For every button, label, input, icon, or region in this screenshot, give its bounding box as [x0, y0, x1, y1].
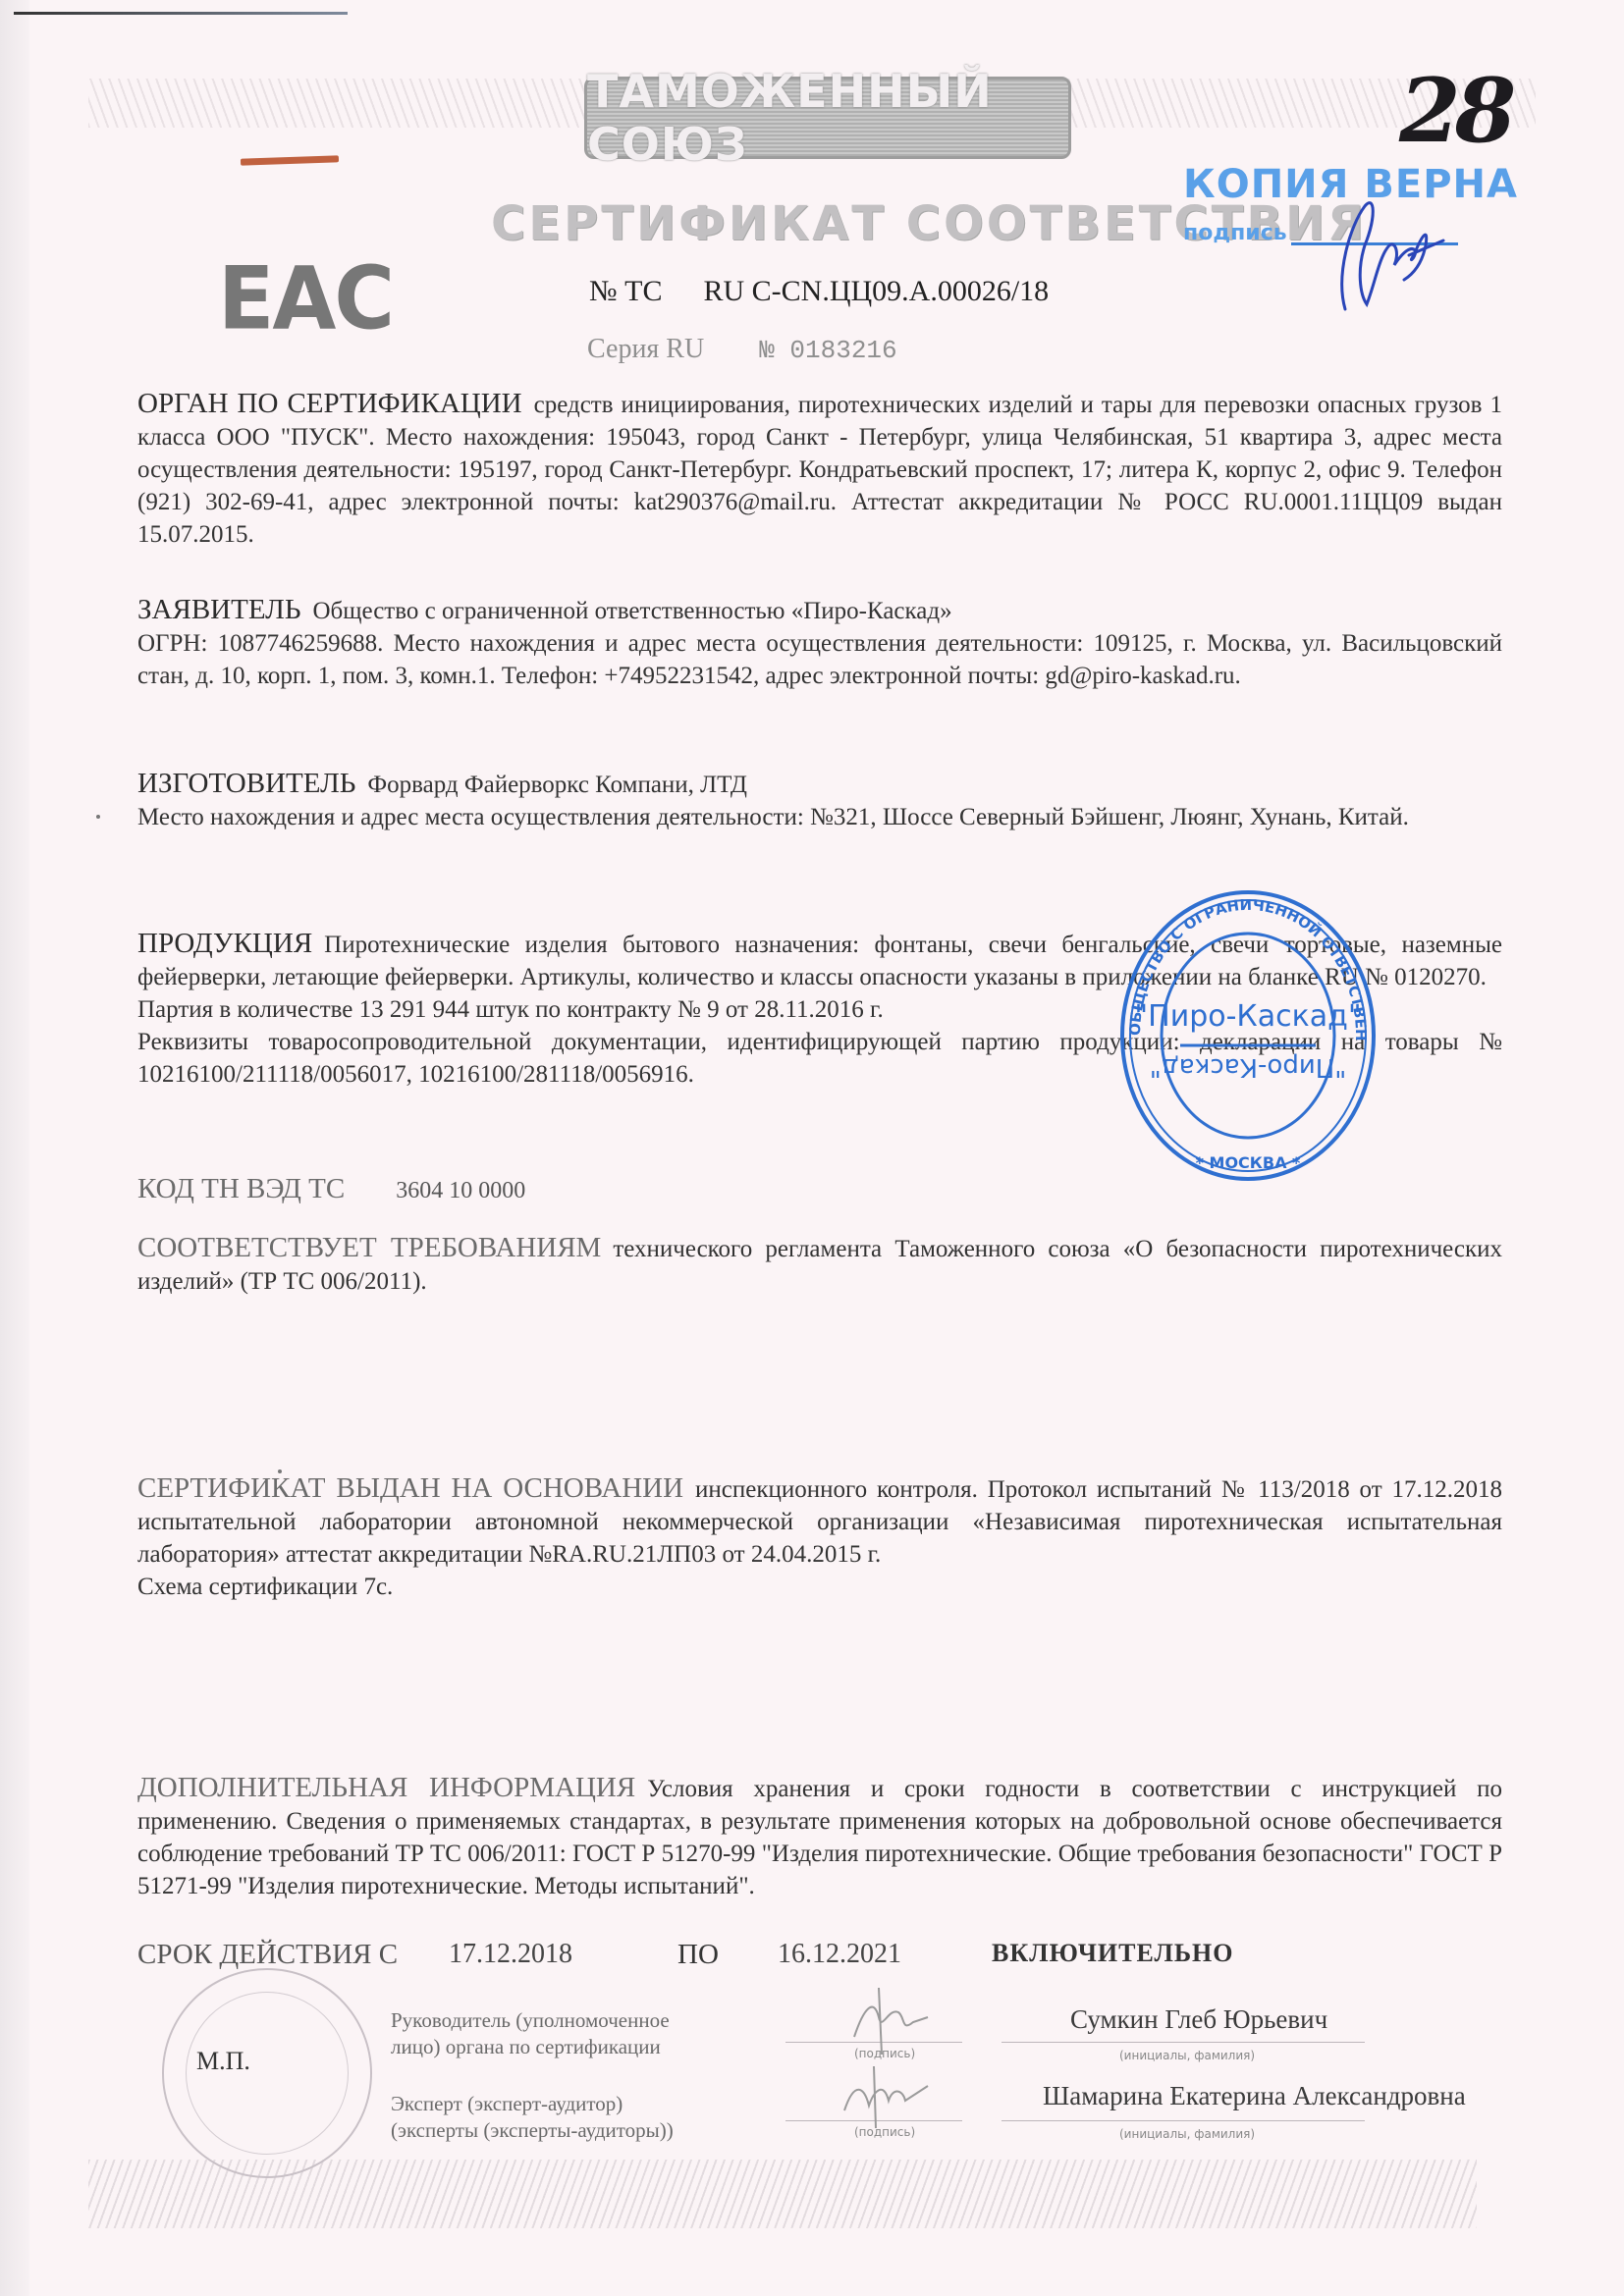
section-heading: ПРОДУКЦИЯ — [137, 928, 312, 959]
section-heading: ИЗГОТОВИТЕЛЬ — [137, 768, 355, 799]
page-edge — [0, 0, 29, 2296]
svg-text:* МОСКВА *: * МОСКВА * — [1196, 1153, 1301, 1172]
validity-from-date: 17.12.2018 — [449, 1939, 572, 1970]
head-name-line — [1001, 2042, 1365, 2043]
copy-signature-icon — [1306, 187, 1453, 314]
certificate-number-value: RU C-CN.ЦЦ09.А.00026/18 — [703, 275, 1049, 307]
series-label: Серия RU — [587, 334, 704, 364]
validity-inclusive: ВКЛЮЧИТЕЛЬНО — [992, 1939, 1234, 1968]
expert-role: Эксперт (эксперт-аудитор) (эксперты (экс… — [391, 2091, 674, 2144]
section-text: Место нахождения и адрес места осуществл… — [137, 801, 1502, 833]
blank-number: № 0183216 — [759, 336, 896, 365]
section-additional-info: ДОПОЛНИТЕЛЬНАЯ ИНФОРМАЦИЯУсловия хранени… — [137, 1772, 1502, 1902]
expert-signature-icon — [835, 2061, 933, 2130]
manufacturer-name: Форвард Файерворкс Компани, ЛТД — [367, 772, 747, 798]
applicant-name: Общество с ограниченной ответственностью… — [312, 598, 951, 624]
head-name-caption: (инициалы, фамилия) — [1119, 2049, 1255, 2062]
section-certification-body: ОРГАН ПО СЕРТИФИКАЦИИсредств инициирован… — [137, 388, 1502, 551]
svg-text:"Пиро-Каскад": "Пиро-Каскад" — [1134, 999, 1361, 1034]
certification-body-seal-icon — [162, 1968, 372, 2178]
certificate-title: СЕРТИФИКАТ СООТВЕТСТВИЯ — [491, 196, 1159, 251]
section-tnved-code: КОД ТН ВЭД ТС3604 10 0000 — [137, 1173, 1502, 1207]
expert-role-line2: (эксперты (эксперты-аудиторы)) — [391, 2117, 674, 2144]
seal-place-label: М.П. — [196, 2047, 250, 2076]
certificate-number: № ТСRU C-CN.ЦЦ09.А.00026/18 — [589, 275, 1049, 308]
head-name: Сумкин Глеб Юрьевич — [1070, 2004, 1327, 2035]
expert-name-caption: (инициалы, фамилия) — [1119, 2127, 1255, 2141]
section-heading: ЗАЯВИТЕЛЬ — [137, 594, 300, 625]
expert-name-line — [1001, 2120, 1365, 2121]
validity-to-date: 16.12.2021 — [778, 1939, 901, 1970]
head-role-line1: Руководитель (уполномоченное — [391, 2007, 670, 2034]
section-manufacturer: ИЗГОТОВИТЕЛЬФорвард Файерворкс Компани, … — [137, 768, 1502, 833]
section-compliance: СООТВЕТСТВУЕТ ТРЕБОВАНИЯМтехнического ре… — [137, 1232, 1502, 1298]
expert-name: Шамарина Екатерина Александровна — [1043, 2081, 1466, 2111]
scan-speck — [96, 815, 100, 819]
customs-union-banner: ТАМОЖЕННЫЙ СОЮЗ — [584, 77, 1071, 159]
scan-shadow — [14, 12, 348, 15]
section-heading: СООТВЕТСТВУЕТ ТРЕБОВАНИЯМ — [137, 1232, 601, 1263]
validity-to-label: ПО — [677, 1939, 719, 1971]
company-stamp-icon: ОБЩЕСТВО С ОГРАНИЧЕННОЙ ОТВЕТСТВЕННОСТЬЮ… — [1119, 888, 1377, 1183]
copy-stamp-signature-label: подпись — [1183, 221, 1287, 245]
red-mark — [241, 155, 339, 165]
tnved-code-value: 3604 10 0000 — [396, 1178, 525, 1203]
certification-scheme: Схема сертификации 7с. — [137, 1571, 1502, 1603]
section-text: ОГРН: 1087746259688. Место нахождения и … — [137, 627, 1502, 692]
section-heading: ОРГАН ПО СЕРТИФИКАЦИИ — [137, 388, 522, 419]
head-role: Руководитель (уполномоченное лицо) орган… — [391, 2007, 670, 2060]
section-heading: СЕРТИФИКАТ ВЫДАН НА ОСНОВАНИИ — [137, 1472, 683, 1504]
section-heading: ДОПОЛНИТЕЛЬНАЯ ИНФОРМАЦИЯ — [137, 1772, 635, 1803]
handwritten-page-number: 28 — [1399, 59, 1510, 163]
head-role-line2: лицо) органа по сертификации — [391, 2034, 670, 2060]
blank-series: Серия RU№ 0183216 — [587, 334, 897, 365]
expert-role-line1: Эксперт (эксперт-аудитор) — [391, 2091, 674, 2117]
section-issue-basis: СЕРТИФИКАТ ВЫДАН НА ОСНОВАНИИинспекционн… — [137, 1472, 1502, 1603]
scan-speck — [278, 1469, 282, 1473]
eac-logo-icon: EAC — [218, 248, 393, 349]
section-applicant: ЗАЯВИТЕЛЬОбщество с ограниченной ответст… — [137, 594, 1502, 692]
head-signature-icon — [844, 1978, 933, 2056]
certificate-number-label: № ТС — [589, 275, 662, 307]
validity-label: СРОК ДЕЙСТВИЯ С — [137, 1939, 398, 1971]
svg-text:"Пиро-Каскад": "Пиро-Каскад" — [1150, 1052, 1346, 1082]
section-heading: КОД ТН ВЭД ТС — [137, 1173, 345, 1204]
